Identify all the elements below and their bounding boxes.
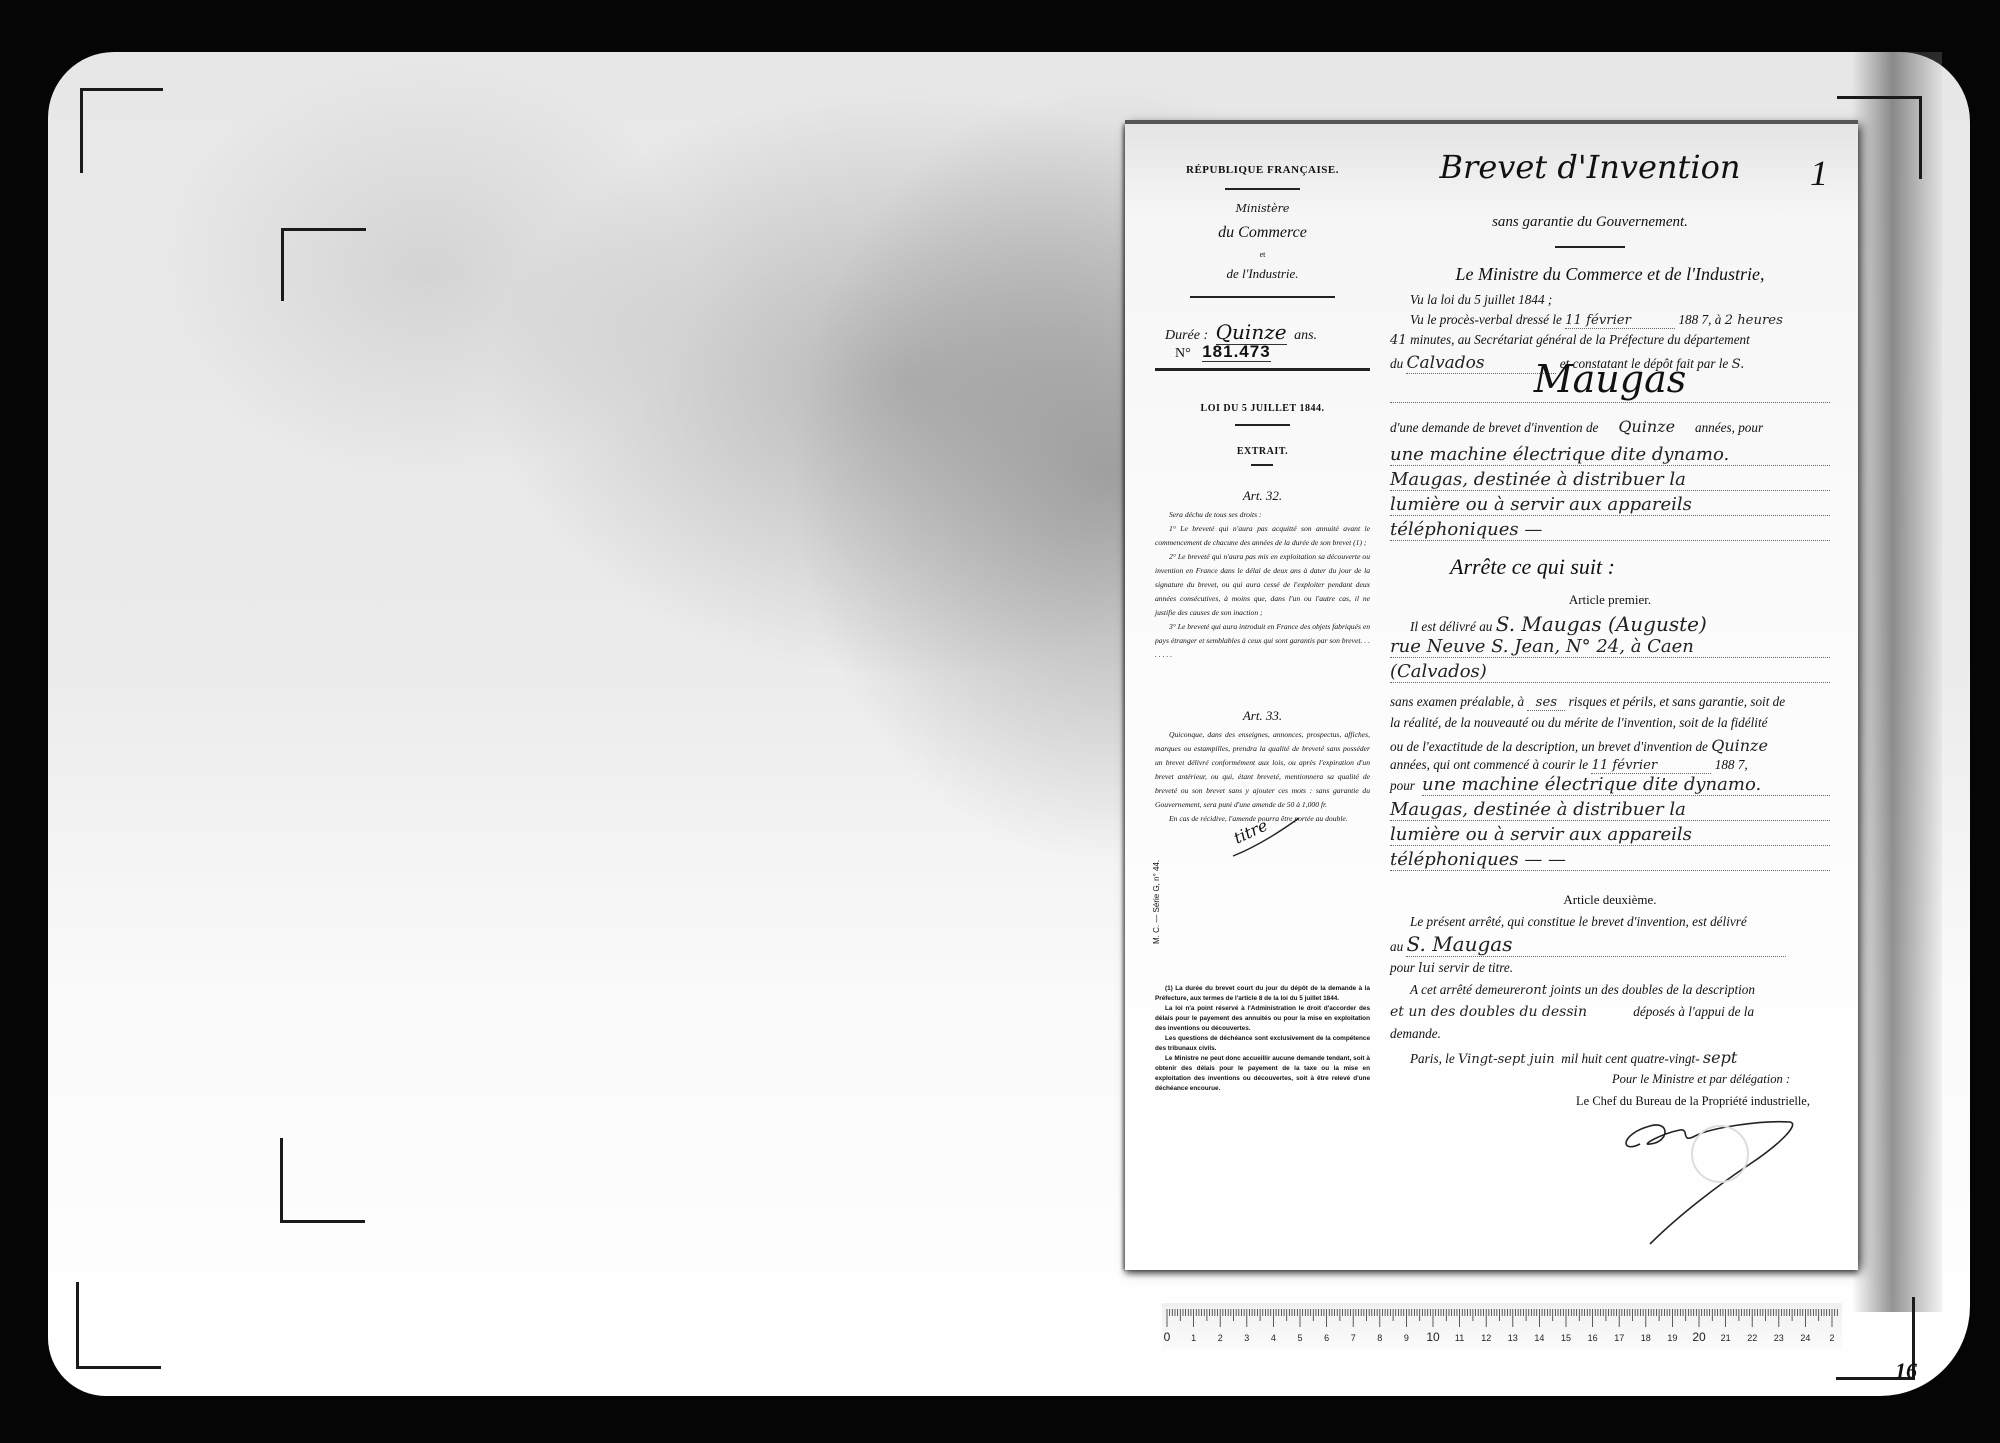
article1-ses: ses xyxy=(1527,695,1565,711)
article2-body-line: Le présent arrêté, qui constitue le brev… xyxy=(1410,914,1850,930)
folio-number: 1 xyxy=(1810,152,1828,194)
article2-body-line: pour lui servir de titre. xyxy=(1390,960,1830,976)
art33-title: Art. 33. xyxy=(1155,708,1370,724)
svg-text:5: 5 xyxy=(1297,1333,1302,1343)
page-shadow xyxy=(1852,52,1942,1312)
address-line: (Calvados) xyxy=(1390,661,1830,683)
demand-suffix: années, pour xyxy=(1695,420,1763,435)
measuring-ruler: 0123456789101112131415161718192021222324… xyxy=(1162,1303,1842,1349)
minutes-value: 41 xyxy=(1390,333,1407,348)
svg-text:8: 8 xyxy=(1377,1333,1382,1343)
article1-body: ou de l'exactitude de la description, un… xyxy=(1390,739,1708,754)
svg-text:20: 20 xyxy=(1692,1330,1706,1344)
svg-text:11: 11 xyxy=(1455,1333,1464,1343)
footnotes: (1) La durée du brevet court du jour du … xyxy=(1155,984,1370,1094)
extract-label: EXTRAIT. xyxy=(1155,446,1370,457)
article2-body-line: A cet arrêté demeureront joints un des d… xyxy=(1410,982,1850,998)
svg-text:16: 16 xyxy=(1588,1333,1598,1343)
svg-text:23: 23 xyxy=(1774,1333,1784,1343)
paris-date-line: Paris, le Vingt-sept juin mil huit cent … xyxy=(1410,1048,1850,1067)
article1-body-line: ou de l'exactitude de la description, un… xyxy=(1390,736,1830,755)
article2-prefix: au xyxy=(1390,939,1403,954)
ministry-line-3: de l'Industrie. xyxy=(1155,266,1370,282)
article2-recipient-line: au S. Maugas xyxy=(1390,932,1830,957)
svg-text:0: 0 xyxy=(1164,1330,1171,1344)
svg-text:7: 7 xyxy=(1351,1333,1356,1343)
art32-title: Art. 32. xyxy=(1155,488,1370,504)
duration-unit: ans. xyxy=(1294,328,1317,343)
invention-line: téléphoniques — xyxy=(1390,519,1830,541)
svg-text:22: 22 xyxy=(1747,1333,1757,1343)
delegation-line: Pour le Ministre et par délégation : xyxy=(1390,1072,1790,1087)
paris-year-hand: sept xyxy=(1703,1048,1737,1067)
svg-text:6: 6 xyxy=(1324,1333,1329,1343)
article1-invention-line: une machine électrique dite dynamo. xyxy=(1422,774,1830,796)
patent-number: 181.473 xyxy=(1202,342,1270,362)
svg-text:4: 4 xyxy=(1271,1333,1276,1343)
article1-invention-line: lumière ou à servir aux appareils xyxy=(1390,824,1830,846)
address-line: rue Neuve S. Jean, N° 24, à Caen xyxy=(1390,636,1830,658)
article2-body-line: et un des doubles du dessin déposés à l'… xyxy=(1390,1004,1830,1020)
minutes-line: 41 minutes, au Secrétariat général de la… xyxy=(1390,332,1830,348)
article2-body: déposés à l'appui de la xyxy=(1633,1004,1754,1019)
ruler-scale-icon: 0123456789101112131415161718192021222324… xyxy=(1162,1303,1842,1349)
divider xyxy=(1190,296,1335,298)
article2-body: joint xyxy=(1550,982,1574,997)
demand-line: d'une demande de brevet d'invention de Q… xyxy=(1390,417,1830,436)
corner-mark-top-left xyxy=(80,88,163,173)
article2-lui: lui xyxy=(1418,961,1435,976)
law-title: LOI DU 5 JUILLET 1844. xyxy=(1155,403,1370,414)
ministry-line-2: du Commerce xyxy=(1155,224,1370,242)
vu-pv-prefix: Vu le procès-verbal dressé le xyxy=(1410,312,1562,327)
article2-recipient: S. Maugas xyxy=(1406,932,1786,957)
vu-proces-verbal: Vu le procès-verbal dressé le 11 février… xyxy=(1410,312,1850,329)
art32-text: Sera déchu de tous ses droits : 1° Le br… xyxy=(1155,508,1370,662)
article2-body: A cet arrêté demeurer xyxy=(1410,982,1525,997)
article1-start-date: 11 février xyxy=(1591,758,1711,774)
document-subtitle: sans garantie du Gouvernement. xyxy=(1410,214,1770,231)
svg-text:14: 14 xyxy=(1534,1333,1544,1343)
article2-body-line: demande. xyxy=(1390,1026,1830,1042)
corner-mark-inner-bottom-left xyxy=(280,1138,365,1223)
invention-line: lumière ou à servir aux appareils xyxy=(1390,494,1830,516)
svg-text:9: 9 xyxy=(1404,1333,1409,1343)
article2-s: s xyxy=(1575,983,1582,998)
article2-body: un des doubles de la description xyxy=(1585,982,1755,997)
minutes-text: minutes, au Secrétariat général de la Pr… xyxy=(1410,332,1750,347)
svg-text:3: 3 xyxy=(1244,1333,1249,1343)
article2-body: pour xyxy=(1390,960,1415,975)
paris-prefix: Paris, le xyxy=(1410,1051,1455,1066)
decree-heading: Arrête ce qui suit : xyxy=(1450,554,1615,580)
divider xyxy=(1235,424,1290,426)
svg-text:1: 1 xyxy=(1191,1333,1196,1343)
svg-text:17: 17 xyxy=(1614,1333,1624,1343)
article1-invention-line: Maugas, destinée à distribuer la xyxy=(1390,799,1830,821)
art32-paragraph: 1° Le breveté qui n'aura pas acquitté so… xyxy=(1155,522,1370,550)
article1-body-line: la réalité, de la nouveauté ou du mérite… xyxy=(1390,715,1830,731)
svg-text:2: 2 xyxy=(1218,1333,1223,1343)
paraph-signature-icon: titre xyxy=(1223,814,1303,864)
article2-ont: ont xyxy=(1525,983,1547,998)
svg-text:15: 15 xyxy=(1561,1333,1571,1343)
footnote: Les questions de déchéance sont exclusiv… xyxy=(1155,1034,1370,1054)
minister-heading: Le Ministre du Commerce et de l'Industri… xyxy=(1390,264,1830,285)
vu-pv-date: 11 février xyxy=(1565,313,1675,329)
invention-line: une machine électrique dite dynamo. xyxy=(1390,444,1830,466)
art32-paragraph: Sera déchu de tous ses droits : xyxy=(1155,508,1370,522)
corner-mark-bottom-left xyxy=(76,1282,161,1369)
divider xyxy=(1251,464,1273,466)
svg-text:titre: titre xyxy=(1231,816,1271,848)
vu-pv-hour: 2 heures xyxy=(1725,313,1783,328)
signature-icon xyxy=(1610,1114,1810,1254)
ministry-et: et xyxy=(1155,250,1370,259)
article2-body: servir de titre. xyxy=(1438,960,1513,975)
corner-mark-inner-top-left xyxy=(281,228,366,301)
svg-text:19: 19 xyxy=(1667,1333,1677,1343)
svg-text:10: 10 xyxy=(1426,1330,1440,1344)
divider xyxy=(1225,188,1300,190)
article1-recipient: S. Maugas (Auguste) xyxy=(1496,612,1707,636)
divider xyxy=(1555,246,1625,248)
art32-paragraph: 3° Le breveté qui aura introduit en Fran… xyxy=(1155,620,1370,662)
paris-year-text: mil huit cent quatre-vingt- xyxy=(1561,1051,1699,1066)
article1-prefix: Il est délivré au xyxy=(1410,619,1492,634)
art32-paragraph: 2° Le breveté qui n'aura pas mis en expl… xyxy=(1155,550,1370,620)
applicant-name: Maugas xyxy=(1390,356,1830,403)
article2-title: Article deuxième. xyxy=(1390,892,1830,908)
svg-text:18: 18 xyxy=(1641,1333,1651,1343)
article1-body: risques et périls, et sans garantie, soi… xyxy=(1569,694,1786,709)
duration-label: Durée : xyxy=(1165,328,1208,343)
patent-number-field: N° 181.473 xyxy=(1175,342,1370,362)
document-title: Brevet d'Invention xyxy=(1410,148,1770,186)
article1-title: Article premier. xyxy=(1390,592,1830,608)
duration-field: Durée : Quinze ans. xyxy=(1165,320,1370,344)
footnote: La loi n'a point réservé à l'Administrat… xyxy=(1155,1004,1370,1034)
article1-body-line: sans examen préalable, à ses risques et … xyxy=(1390,694,1830,711)
page-marker: 16 xyxy=(1895,1358,1917,1384)
article1-body-line: années, qui ont commencé à courir le 11 … xyxy=(1390,757,1830,774)
divider xyxy=(1155,368,1370,371)
article1-recipient-line: Il est délivré au S. Maugas (Auguste) xyxy=(1410,612,1850,636)
invention-line: Maugas, destinée à distribuer la xyxy=(1390,469,1830,491)
svg-text:12: 12 xyxy=(1481,1333,1491,1343)
ministry-line-1: Ministère xyxy=(1155,202,1370,215)
number-label: N° xyxy=(1175,346,1191,361)
svg-text:24: 24 xyxy=(1800,1333,1810,1343)
article1-body: années, qui ont commencé à courir le xyxy=(1390,757,1588,772)
vu-pv-year: 188 7 xyxy=(1678,312,1708,327)
svg-text:2: 2 xyxy=(1829,1333,1834,1343)
paris-date: Vingt-sept juin xyxy=(1458,1052,1558,1067)
demand-prefix: d'une demande de brevet d'invention de xyxy=(1390,420,1598,435)
svg-text:13: 13 xyxy=(1508,1333,1518,1343)
article1-start-year: 188 7, xyxy=(1715,757,1748,772)
vu-loi: Vu la loi du 5 juillet 1844 ; xyxy=(1410,292,1850,308)
vu-pv-hour-prefix: , à xyxy=(1708,312,1721,327)
art33-paragraph: Quiconque, dans des enseignes, annonces,… xyxy=(1155,728,1370,812)
series-label: M. C. — Série G, n° 44. xyxy=(1152,860,1161,944)
footnote: (1) La durée du brevet court du jour du … xyxy=(1155,984,1370,1004)
article1-duration: Quinze xyxy=(1711,736,1768,755)
demand-duration: Quinze xyxy=(1602,417,1692,436)
article2-hand-doubles: et un des doubles du dessin xyxy=(1390,1004,1630,1020)
article1-invention-line: téléphoniques — — xyxy=(1390,849,1830,871)
patent-document: RÉPUBLIQUE FRANÇAISE. Ministère du Comme… xyxy=(1125,124,1858,1270)
svg-text:21: 21 xyxy=(1721,1333,1731,1343)
art33-text: Quiconque, dans des enseignes, annonces,… xyxy=(1155,728,1370,826)
footnote: Le Ministre ne peut donc accueillir aucu… xyxy=(1155,1054,1370,1094)
republic-heading: RÉPUBLIQUE FRANÇAISE. xyxy=(1155,164,1370,176)
article1-body: sans examen préalable, à xyxy=(1390,694,1524,709)
chief-line: Le Chef du Bureau de la Propriété indust… xyxy=(1390,1094,1810,1109)
